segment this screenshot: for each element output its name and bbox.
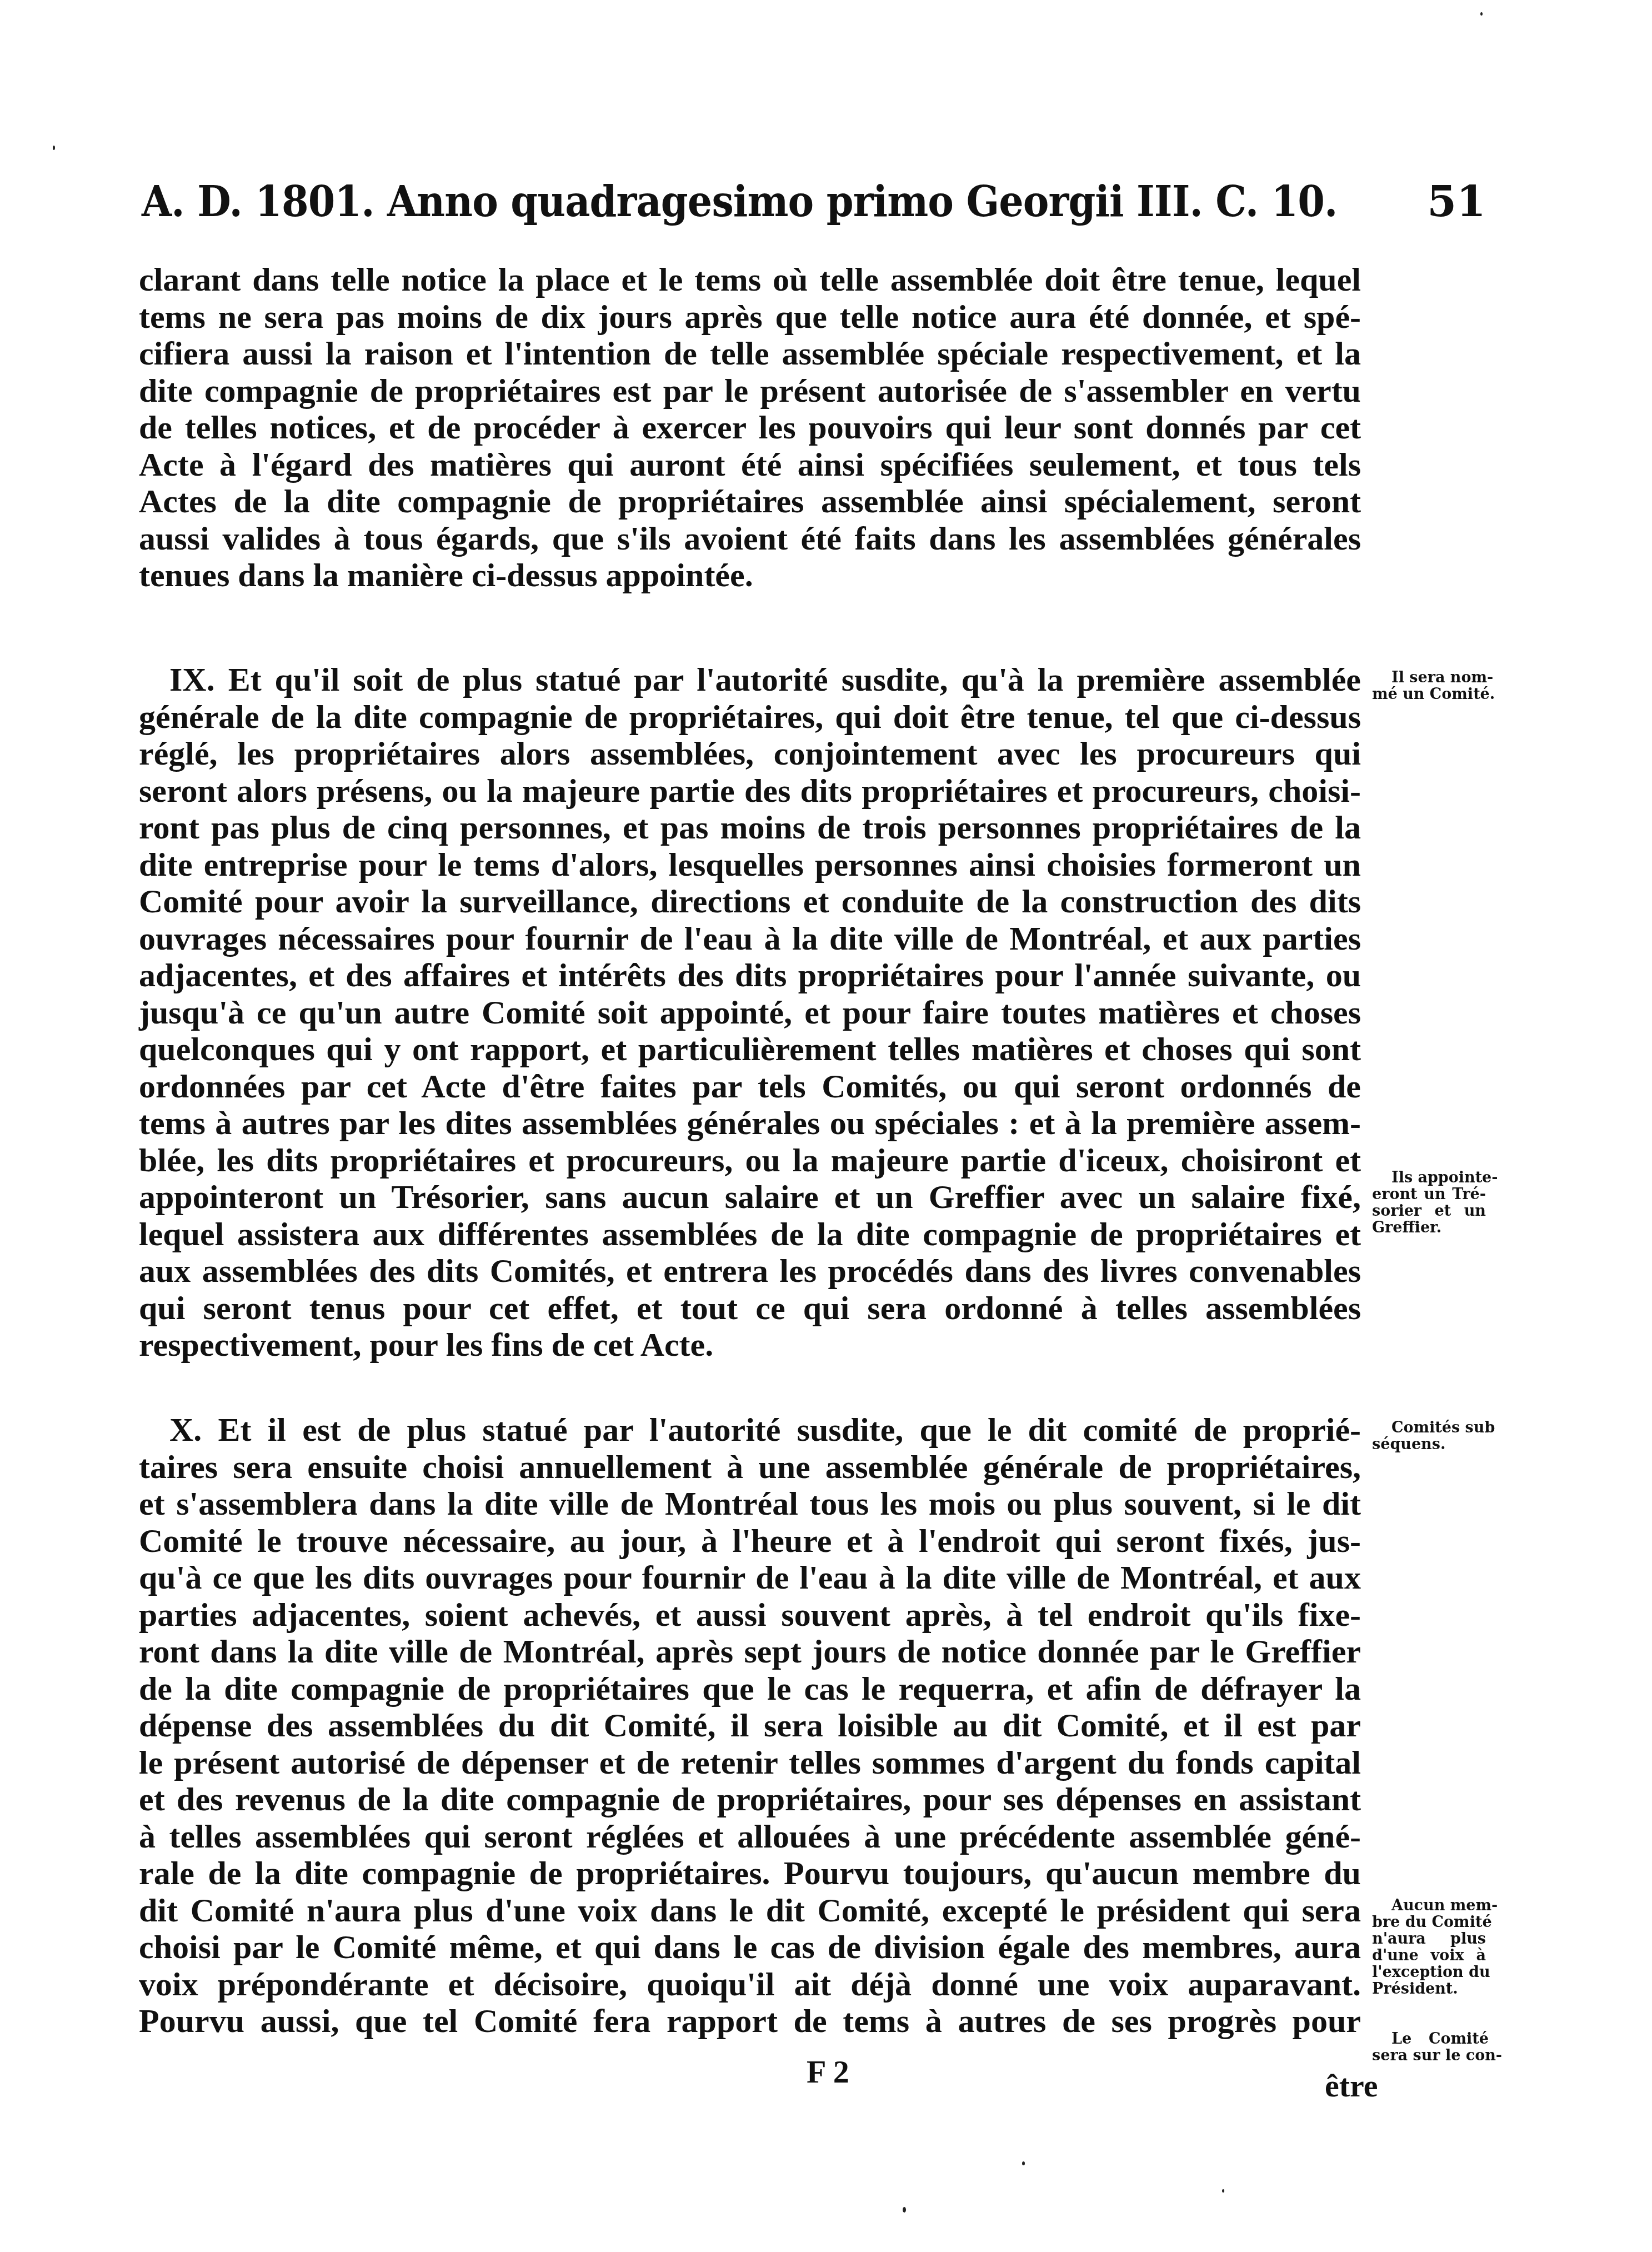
text-line: aussi valides à tous égards, que s'ils a… xyxy=(139,520,1361,557)
text-line: Actes de la dite compagnie de propriétai… xyxy=(139,483,1361,520)
text-line: ront pas plus de cinq personnes, et pas … xyxy=(139,809,1361,846)
section-x: X. Et il est de plus statué par l'autori… xyxy=(139,1411,1361,2040)
text-line: IX. Et qu'il soit de plus statué par l'a… xyxy=(139,661,1361,698)
text-line: blée, les dits propriétaires et procureu… xyxy=(139,1142,1361,1179)
text-line: et des revenus de la dite compagnie de p… xyxy=(139,1781,1361,1818)
margin-note-line: Président. xyxy=(1372,1981,1486,1998)
margin-note-line: Le Comité xyxy=(1372,2031,1489,2048)
text-line: générale de la dite compagnie de proprié… xyxy=(139,698,1361,736)
running-header: A. D. 1801. Anno quadragesimo primo Geor… xyxy=(142,177,1486,243)
margin-note-line: sera sur le con- xyxy=(1372,2048,1489,2064)
text-line: dit Comité n'aura plus d'une voix dans l… xyxy=(139,1892,1361,1929)
text-line: de telles notices, et de procéder à exer… xyxy=(139,409,1361,446)
text-line: X. Et il est de plus statué par l'autori… xyxy=(139,1411,1361,1449)
text-line: réglé, les propriétaires alors assemblée… xyxy=(139,735,1361,772)
margin-note-line: Greffier. xyxy=(1372,1220,1486,1236)
margin-note-line: séquens. xyxy=(1372,1436,1489,1453)
text-line: jusqu'à ce qu'un autre Comité soit appoi… xyxy=(139,994,1361,1031)
text-line: parties adjacentes, soient achevés, et a… xyxy=(139,1596,1361,1634)
text-line: et s'assemblera dans la dite ville de Mo… xyxy=(139,1485,1361,1522)
text-line: cifiera aussi la raison et l'intention d… xyxy=(139,335,1361,372)
text-line: dite entreprise pour le tems d'alors, le… xyxy=(139,846,1361,883)
text-line: rale de la dite compagnie de propriétair… xyxy=(139,1855,1361,1892)
catchword: être xyxy=(1325,2067,1378,2104)
text-line: Acte à l'égard des matières qui auront é… xyxy=(139,446,1361,483)
text-line: dépense des assemblées du dit Comité, il… xyxy=(139,1707,1361,1744)
text-line: le présent autorisé de dépenser et de re… xyxy=(139,1744,1361,1781)
margin-note-line: Comités sub xyxy=(1372,1420,1489,1436)
text-line: quelconques qui y ont rapport, et partic… xyxy=(139,1031,1361,1068)
scan-speck xyxy=(903,2207,906,2213)
margin-note-line: sorier et un xyxy=(1372,1203,1486,1220)
text-line: appointeront un Trésorier, sans aucun sa… xyxy=(139,1179,1361,1216)
margin-note-line: mé un Comité. xyxy=(1372,686,1489,703)
text-line: Pourvu aussi, que tel Comité fera rappor… xyxy=(139,2003,1361,2040)
text-line: seront alors présens, ou la majeure part… xyxy=(139,772,1361,810)
scan-speck xyxy=(1222,2189,1224,2193)
text-line: adjacentes, et des affaires et intérêts … xyxy=(139,957,1361,994)
text-line: qu'à ce que les dits ouvrages pour fourn… xyxy=(139,1559,1361,1596)
text-line: dite compagnie de propriétaires est par … xyxy=(139,372,1361,410)
page-number: 51 xyxy=(1427,177,1486,226)
signature-mark: F 2 xyxy=(807,2053,849,2090)
margin-note-line: n'aura plus xyxy=(1372,1931,1486,1948)
text-line: clarant dans telle notice la place et le… xyxy=(139,261,1361,298)
text-line: Comité pour avoir la surveillance, direc… xyxy=(139,883,1361,920)
text-line: aux assemblées des dits Comités, et entr… xyxy=(139,1252,1361,1290)
margin-note-comites-subsequens: Comités sub séquens. xyxy=(1372,1420,1489,1453)
scan-speck xyxy=(1480,12,1483,16)
text-line: ordonnées par cet Acte d'être faites par… xyxy=(139,1068,1361,1105)
margin-note-line: Il sera nom- xyxy=(1372,670,1489,686)
text-line: lequel assistera aux différentes assembl… xyxy=(139,1216,1361,1253)
margin-note-comite-nomme: Il sera nom- mé un Comité. xyxy=(1372,670,1489,703)
margin-note-line: Aucun mem- xyxy=(1372,1898,1486,1914)
paragraph-continuation: clarant dans telle notice la place et le… xyxy=(139,261,1361,594)
scan-speck xyxy=(1356,762,1359,765)
margin-note-line: Ils appointe- xyxy=(1372,1170,1486,1186)
margin-note-line: d'une voix à xyxy=(1372,1948,1486,1964)
scan-speck xyxy=(1022,2161,1025,2165)
running-title: A. D. 1801. Anno quadragesimo primo Geor… xyxy=(142,177,1337,226)
text-line: choisi par le Comité même, et qui dans l… xyxy=(139,1929,1361,1966)
margin-note-line: eront un Tré- xyxy=(1372,1186,1486,1203)
text-line: de la dite compagnie de propriétaires qu… xyxy=(139,1670,1361,1707)
text-line: tems ne sera pas moins de dix jours aprè… xyxy=(139,298,1361,336)
margin-note-tresorier-greffier: Ils appointe- eront un Tré- sorier et un… xyxy=(1372,1170,1486,1236)
scan-speck xyxy=(53,146,55,150)
text-line: taires sera ensuite choisi annuellement … xyxy=(139,1449,1361,1486)
text-line: qui seront tenus pour cet effet, et tout… xyxy=(139,1290,1361,1327)
margin-note-line: l'exception du xyxy=(1372,1964,1486,1981)
section-ix: IX. Et qu'il soit de plus statué par l'a… xyxy=(139,661,1361,1364)
text-line: voix prépondérante et décisoire, quoiqu'… xyxy=(139,1966,1361,2003)
text-line: Comité le trouve nécessaire, au jour, à … xyxy=(139,1522,1361,1560)
text-line: ront dans la dite ville de Montréal, apr… xyxy=(139,1633,1361,1670)
text-line: à telles assemblées qui seront réglées e… xyxy=(139,1818,1361,1855)
text-line: tems à autres par les dites assemblées g… xyxy=(139,1105,1361,1142)
margin-note-aucun-membre: Aucun mem- bre du Comité n'aura plus d'u… xyxy=(1372,1898,1486,1998)
margin-note-comite-rapport: Le Comité sera sur le con- xyxy=(1372,2031,1489,2064)
text-line: respectivement, pour les fins de cet Act… xyxy=(139,1326,1361,1364)
text-line: tenues dans la manière ci-dessus appoint… xyxy=(139,557,1361,594)
margin-note-line: bre du Comité xyxy=(1372,1914,1486,1931)
text-line: ouvrages nécessaires pour fournir de l'e… xyxy=(139,920,1361,957)
